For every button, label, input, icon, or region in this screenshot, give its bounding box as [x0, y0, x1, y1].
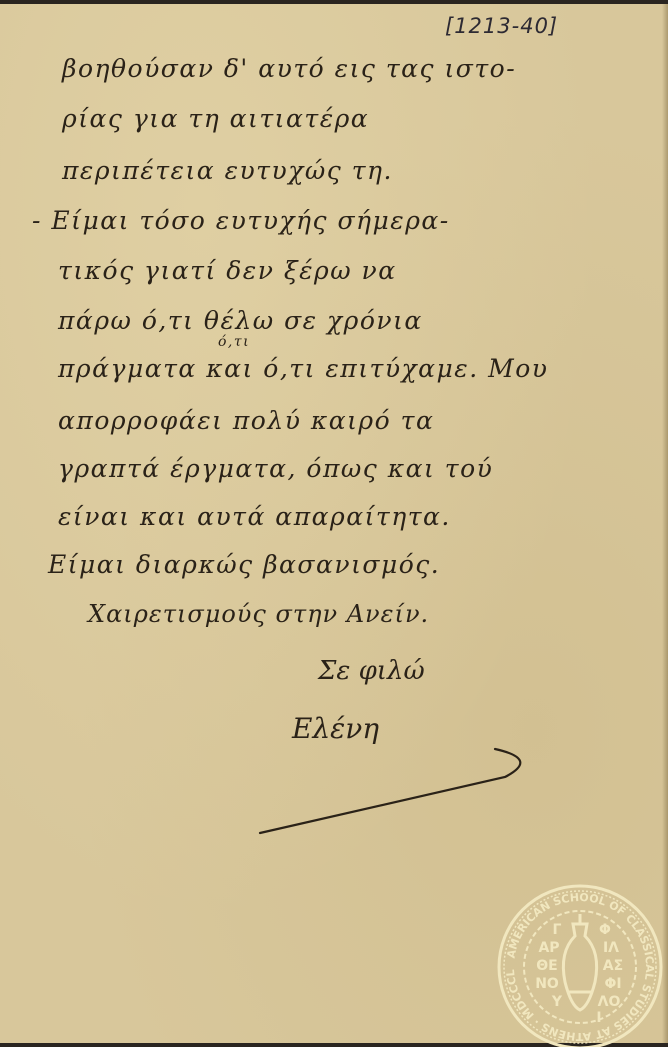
letter-line-7: πράγματα και ό,τι επιτύχαμε. Μου: [58, 354, 548, 383]
letter-line-9: γραπτά έργματα, όπως και τού: [58, 454, 493, 483]
seal-outer-text: AMERICAN SCHOOL OF CLASSICAL STUDIES AT …: [497, 884, 656, 1043]
svg-text:ΑΣ: ΑΣ: [603, 958, 623, 974]
institution-seal: AMERICAN SCHOOL OF CLASSICAL STUDIES AT …: [497, 884, 663, 1047]
archive-reference: [1213-40]: [445, 14, 558, 38]
signature-flourish: [255, 729, 545, 839]
letter-line-3: περιπέτεια ευτυχώς τη.: [62, 156, 393, 185]
letter-line-10: είναι και αυτά απαραίτητα.: [58, 502, 451, 531]
svg-text:ΙΛ: ΙΛ: [603, 940, 619, 956]
interlinear-insertion: ό,τι: [218, 334, 250, 350]
svg-text:Υ: Υ: [551, 994, 563, 1010]
svg-text:ΦΙ: ΦΙ: [604, 976, 621, 992]
letter-line-2: ρίας για τη αιτιατέρα: [62, 104, 369, 133]
svg-text:Γ: Γ: [553, 922, 562, 938]
letter-page: [1213-40] βοηθούσαν δ' αυτό εις τας ιστο…: [0, 4, 668, 1043]
svg-text:AMERICAN SCHOOL OF CLASSICAL S: AMERICAN SCHOOL OF CLASSICAL STUDIES AT …: [497, 884, 656, 1043]
letter-line-8: απορροφάει πολύ καιρό τα: [58, 406, 434, 435]
svg-text:ΑΡ: ΑΡ: [538, 940, 559, 956]
letter-line-11: Είμαι διαρκώς βασανισμός.: [48, 550, 440, 579]
svg-text:ΝΟ: ΝΟ: [535, 976, 559, 992]
letter-line-4: - Είμαι τόσο ευτυχής σήμερα-: [32, 206, 450, 235]
svg-text:ΛΟ: ΛΟ: [598, 994, 621, 1010]
letter-line-1: βοηθούσαν δ' αυτό εις τας ιστο-: [62, 54, 516, 83]
svg-text:Ι: Ι: [596, 1010, 601, 1026]
svg-text:Φ: Φ: [599, 922, 611, 938]
closing-valediction: Σε φιλώ: [318, 656, 425, 686]
letter-line-6: πάρω ό,τι θέλω σε χρόνια: [58, 306, 423, 335]
amphora-icon: [563, 914, 596, 1010]
svg-text:ΘΕ: ΘΕ: [536, 958, 557, 974]
closing-greeting: Χαιρετισμούς στην Ανείν.: [88, 600, 429, 628]
letter-line-5: τικός γιατί δεν ξέρω να: [58, 256, 397, 285]
